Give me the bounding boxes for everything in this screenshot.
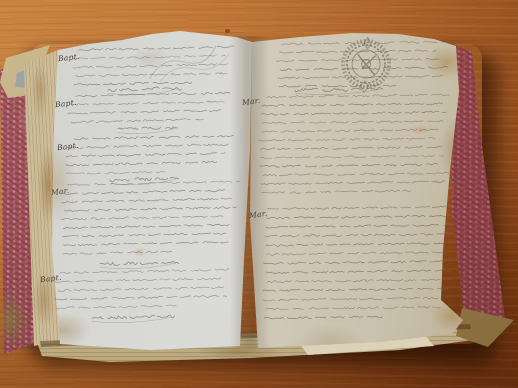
open-manuscript-book: Bapt.Bapt.Bapt.Mar.Bapt.Mar.Mar.	[0, 0, 518, 388]
photograph: Bapt.Bapt.Bapt.Mar.Bapt.Mar.Mar.	[0, 0, 518, 388]
handwriting-layer	[0, 0, 518, 388]
